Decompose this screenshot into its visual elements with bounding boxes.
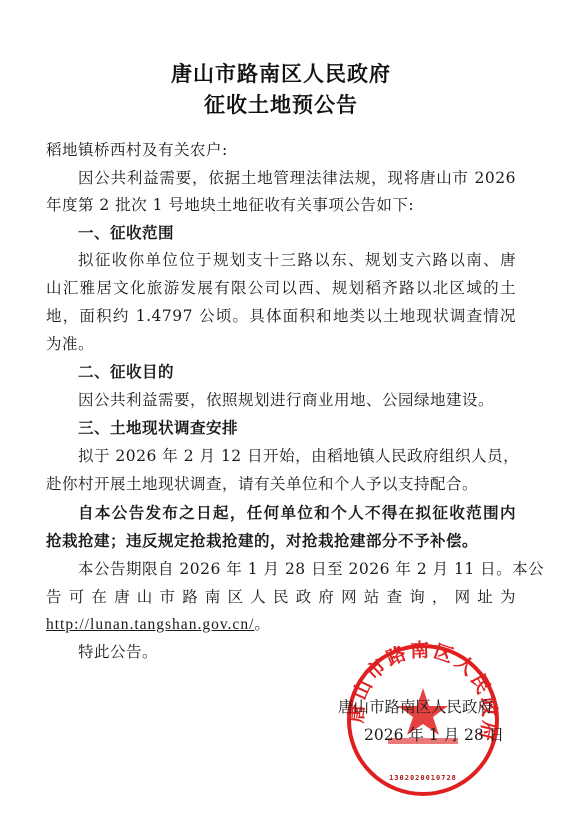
section3-line-2: 赴你村开展土地现状调查，请有关单位和个人予以支持配合。: [46, 474, 516, 494]
section1-line-2: 山汇雅居文化旅游发展有限公司以西、规划稻齐路以北区域的土: [46, 278, 516, 298]
section1-line-4: 为准。: [46, 334, 516, 354]
url-suffix: 。: [254, 615, 270, 633]
section1-line-3: 地，面积约 1.4797 公顷。具体面积和地类以土地现状调查情况: [46, 306, 516, 326]
section1-line-1: 拟征收你单位位于规划支十三路以东、规划支六路以南、唐: [78, 250, 516, 270]
section1-heading: 一、征收范围: [78, 223, 516, 243]
period-line-2: 告可在唐山市路南区人民政府网站查询，网址为: [46, 587, 516, 607]
section3-line-1: 拟于 2026 年 2 月 12 日开始，由稻地镇人民政府组织人员，: [78, 446, 516, 466]
addressee: 稻地镇桥西村及有关农户:: [46, 140, 516, 160]
official-seal-icon: 唐山市路南区人民政府 1302020010728: [343, 640, 503, 800]
intro-line-1: 因公共利益需要，依据土地管理法律法规，现将唐山市 2026: [78, 168, 516, 188]
intro-line-2: 年度第 2 批次 1 号地块土地征收有关事项公告如下:: [46, 195, 516, 215]
title-line-1: 唐山市路南区人民政府: [0, 58, 562, 88]
website-link[interactable]: http://lunan.tangshan.gov.cn/: [46, 616, 254, 633]
signature-org: 唐山市路南区人民政府: [338, 695, 493, 717]
title-line-2: 征收土地预公告: [0, 89, 562, 119]
notice-bold-line-1: 自本公告发布之日起，任何单位和个人不得在拟征收范围内: [78, 503, 516, 523]
section3-heading: 三、土地现状调查安排: [78, 418, 516, 438]
url-line: http://lunan.tangshan.gov.cn/。: [46, 614, 516, 635]
signature-date: 2026 年 1 月 28 日: [364, 723, 504, 745]
svg-text:1302020010728: 1302020010728: [389, 774, 457, 782]
section2-heading: 二、征收目的: [78, 362, 516, 382]
section2-line-1: 因公共利益需要，依照规划进行商业用地、公园绿地建设。: [78, 390, 516, 410]
period-line-1: 本公告期限自 2026 年 1 月 28 日至 2026 年 2 月 11 日。…: [78, 559, 516, 579]
notice-bold-line-2: 抢栽抢建；违反规定抢栽抢建的，对抢栽抢建部分不予补偿。: [46, 531, 516, 551]
